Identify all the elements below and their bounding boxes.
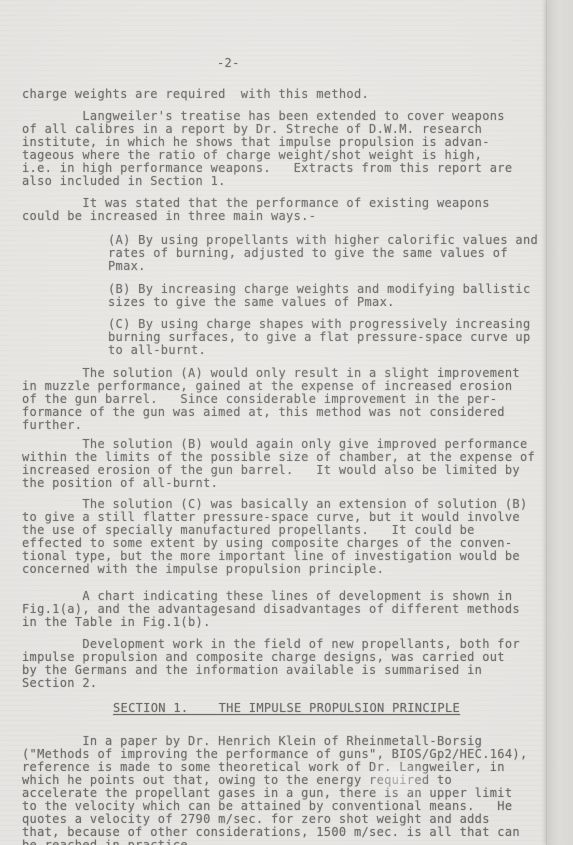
scanned-document-page: -2- charge weights are required with thi… <box>0 0 573 845</box>
page-number: -2- <box>217 57 573 70</box>
paragraph-solution-b: The solution (B) would again only give i… <box>22 438 573 490</box>
section-1-heading: SECTION 1. THE IMPULSE PROPULSION PRINCI… <box>113 702 573 715</box>
paragraph-solution-a: The solution (A) would only result in a … <box>22 367 573 432</box>
list-item-a: (A) By using propellants with higher cal… <box>108 234 573 273</box>
list-item-b: (B) By increasing charge weights and mod… <box>108 283 573 309</box>
paragraph-charge-weights: charge weights are required with this me… <box>22 88 573 101</box>
paragraph-development-work: Development work in the field of new pro… <box>22 638 573 690</box>
list-item-c: (C) By using charge shapes with progress… <box>108 318 573 357</box>
paragraph-solution-c: The solution (C) was basically an extens… <box>22 498 573 576</box>
page-right-edge <box>546 0 573 845</box>
paragraph-three-ways: It was stated that the performance of ex… <box>22 197 573 223</box>
paragraph-langweiler-treatise: Langweiler's treatise has been extended … <box>22 110 573 188</box>
paragraph-klein-paper: In a paper by Dr. Henrich Klein of Rhein… <box>22 735 573 845</box>
paragraph-chart-reference: A chart indicating these lines of develo… <box>22 590 573 629</box>
